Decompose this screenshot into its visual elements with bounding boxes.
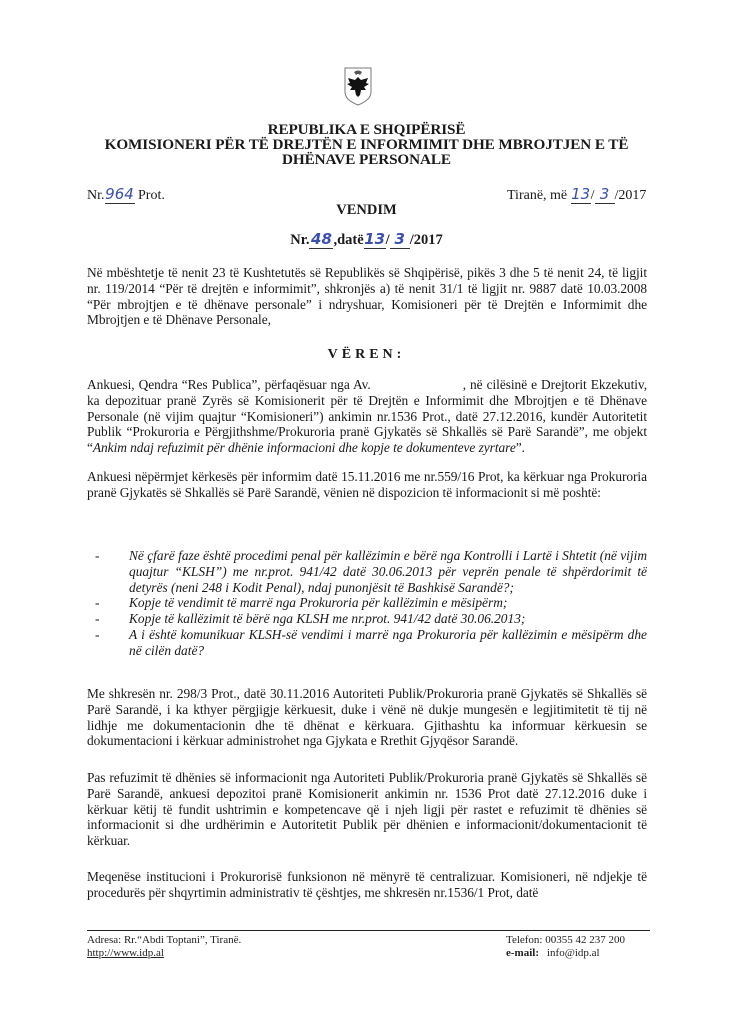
- request-paragraph: Ankuesi nëpërmjet kërkesës për informim …: [87, 469, 647, 501]
- header-republic: REPUBLIKA E SHQIPËRISË: [0, 122, 733, 137]
- list-item: -Kopje të kallëzimit të bërë nga KLSH me…: [87, 611, 647, 627]
- footer-email: e-mail:info@idp.al: [506, 947, 600, 960]
- header-commissioner: KOMISIONERI PËR TË DREJTËN E INFORMIMIT …: [0, 137, 733, 152]
- decision-title: VENDIM: [0, 202, 733, 219]
- footer-divider: [87, 930, 650, 931]
- preamble-paragraph: Në mbështetje të nenit 23 të Kushtetutës…: [87, 265, 647, 328]
- decision-number: Nr.48,datë13/3/2017: [0, 230, 733, 249]
- list-item: -Kopje të vendimit të marrë nga Prokuror…: [87, 595, 647, 611]
- handwritten-decision-day: 13: [364, 230, 386, 249]
- footer-website-link[interactable]: http://www.idp.al: [87, 947, 164, 960]
- footer-address: Adresa: Rr.“Abdi Toptani”, Tiranë.: [87, 934, 241, 947]
- document-page: REPUBLIKA E SHQIPËRISË KOMISIONERI PËR T…: [0, 0, 733, 1024]
- footer-phone: Telefon: 00355 42 237 200: [506, 934, 625, 947]
- requested-info-list: -Në çfarë faze është procedimi penal për…: [87, 548, 647, 659]
- footer-email-link[interactable]: info@idp.al: [547, 947, 600, 959]
- complaint-paragraph: Ankuesi, Qendra “Res Publica”, përfaqësu…: [87, 377, 647, 456]
- response-paragraph: Me shkresën nr. 298/3 Prot., datë 30.11.…: [87, 686, 647, 749]
- header-commissioner-cont: DHËNAVE PERSONALE: [0, 152, 733, 167]
- albanian-coat-of-arms-icon: [343, 66, 373, 106]
- handwritten-decision-month: 3: [390, 230, 410, 249]
- list-item: -A i është komunikuar KLSH-së vendimi i …: [87, 627, 647, 659]
- handwritten-decision-number: 48: [309, 230, 333, 249]
- list-item: -Në çfarë faze është procedimi penal për…: [87, 548, 647, 595]
- veren-heading: VËREN:: [0, 347, 733, 363]
- appeal-paragraph: Pas refuzimit të dhënies së informacioni…: [87, 770, 647, 849]
- procedure-paragraph: Meqenëse institucioni i Prokurorisë funk…: [87, 869, 647, 901]
